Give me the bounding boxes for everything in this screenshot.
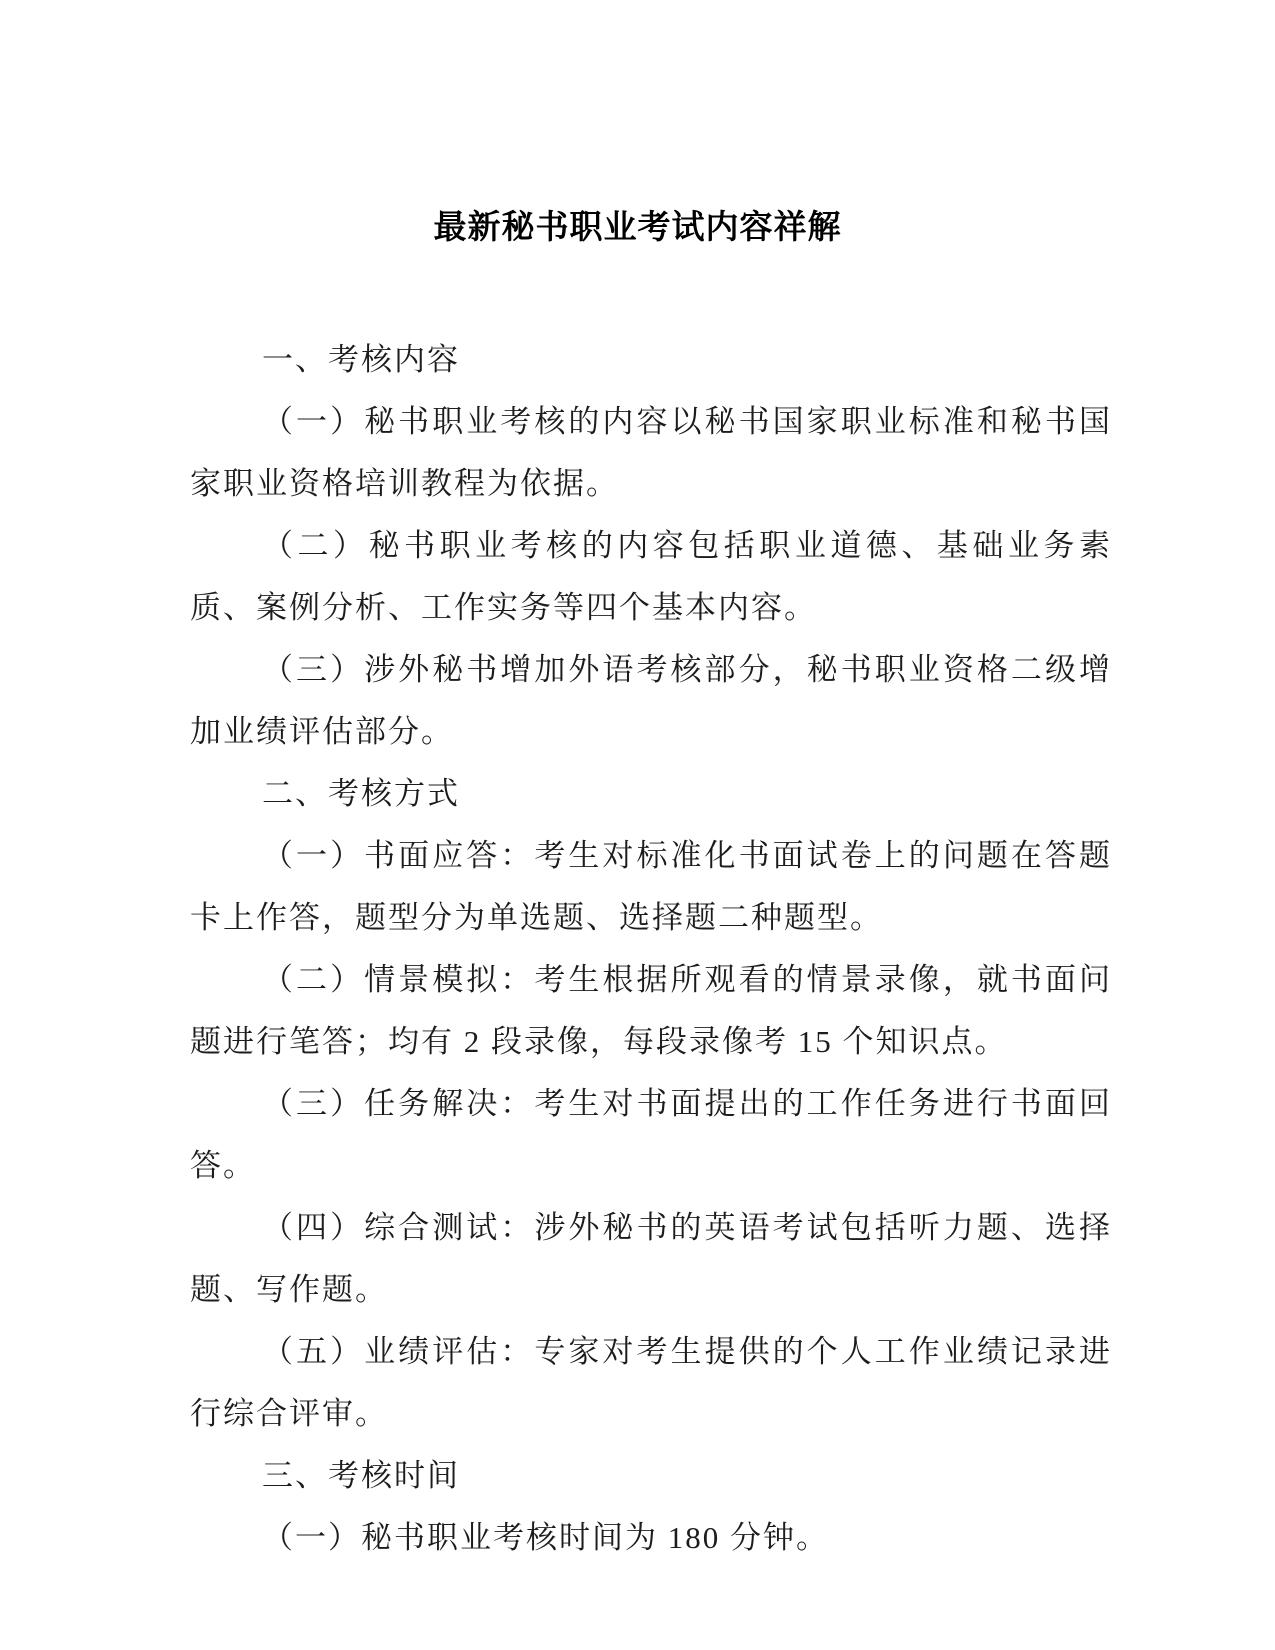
section-heading: 三、考核时间 — [190, 1445, 1112, 1507]
paragraph: （一）秘书职业考核时间为 180 分钟。 — [190, 1507, 1112, 1569]
section-heading: 二、考核方式 — [190, 763, 1112, 825]
document-body: 一、考核内容（一）秘书职业考核的内容以秘书国家职业标准和秘书国家职业资格培训教程… — [190, 329, 1112, 1569]
paragraph: （一）书面应答：考生对标准化书面试卷上的问题在答题卡上作答，题型分为单选题、选择… — [190, 825, 1112, 949]
paragraph: （三）涉外秘书增加外语考核部分，秘书职业资格二级增加业绩评估部分。 — [190, 639, 1112, 763]
paragraph: （三）任务解决：考生对书面提出的工作任务进行书面回答。 — [190, 1073, 1112, 1197]
paragraph: （二）秘书职业考核的内容包括职业道德、基础业务素质、案例分析、工作实务等四个基本… — [190, 515, 1112, 639]
paragraph: （二）情景模拟：考生根据所观看的情景录像，就书面问题进行笔答；均有 2 段录像，… — [190, 949, 1112, 1073]
paragraph: （四）综合测试：涉外秘书的英语考试包括听力题、选择题、写作题。 — [190, 1197, 1112, 1321]
paragraph: （一）秘书职业考核的内容以秘书国家职业标准和秘书国家职业资格培训教程为依据。 — [190, 391, 1112, 515]
document-page: 最新秘书职业考试内容祥解 一、考核内容（一）秘书职业考核的内容以秘书国家职业标准… — [0, 0, 1275, 1650]
section-heading: 一、考核内容 — [190, 329, 1112, 391]
paragraph: （五）业绩评估：专家对考生提供的个人工作业绩记录进行综合评审。 — [190, 1321, 1112, 1445]
document-title: 最新秘书职业考试内容祥解 — [0, 0, 1275, 249]
